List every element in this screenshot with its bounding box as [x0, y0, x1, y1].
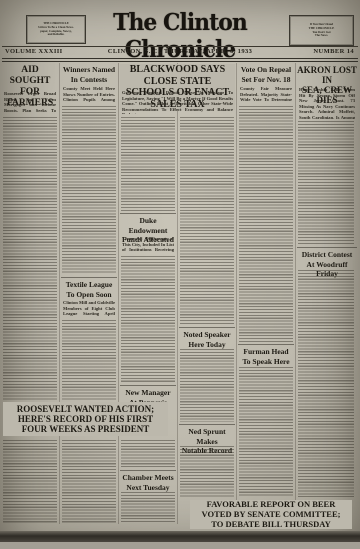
- subhead-textile-league: Clinton Mill and Goldville Members of Ei…: [63, 300, 115, 317]
- newspaper-page: THE CHRONICLE Strives To Be a Clean News…: [0, 0, 360, 549]
- subhead-winners: County Meet Held Here Shows Number of En…: [63, 86, 115, 103]
- body-text-column: [121, 492, 175, 524]
- column-separator: [59, 63, 60, 524]
- headline-roosevelt-record: ROOSEVELT WANTED ACTION; HERE'S RECORD O…: [3, 402, 168, 436]
- body-text-column: [121, 117, 175, 211]
- body-text-column: [3, 117, 57, 400]
- masthead-right-box: If You Don't Read THE CHRONICLE You Don'…: [289, 15, 354, 46]
- body-text-column: [62, 106, 116, 274]
- body-text-column: [62, 320, 116, 400]
- subhead-duke-endowment: Thornwell Orphanage of This City, Includ…: [122, 236, 174, 253]
- subhead-blackwood: Governor Suggests Drastic Move In Messag…: [122, 90, 233, 114]
- headline-textile-league: Textile League To Open Soon: [61, 277, 117, 299]
- column-separator: [177, 63, 178, 524]
- headline-winners: Winners Named In Contests: [61, 65, 117, 84]
- body-text-column: [121, 256, 175, 383]
- page-bottom-edge: [0, 531, 360, 542]
- masthead-left-box: THE CHRONICLE Strives To Be a Clean News…: [26, 15, 86, 44]
- body-text-column: [3, 440, 57, 524]
- body-text-column: [239, 367, 293, 497]
- body-text-column: [298, 270, 354, 497]
- body-text-column: [239, 106, 293, 342]
- dateline: CLINTON, S. C., THURSDAY, APRIL 6, 1933: [0, 48, 360, 55]
- body-text-column: [180, 117, 234, 325]
- headline-beer-report: FAVORABLE REPORT ON BEER VOTED BY SENATE…: [190, 500, 352, 529]
- subhead-vote-repeal: County Fair Measure Defeated. Majority S…: [240, 86, 292, 103]
- subhead-akron-lost: Huge Airship Falls When Hit By Severe St…: [299, 87, 355, 119]
- column-separator: [236, 63, 237, 524]
- body-text-column: [180, 349, 234, 422]
- body-text-column: [180, 446, 234, 497]
- headline-furman-head: Furman Head To Speak Here: [238, 344, 294, 366]
- body-text-column: [62, 440, 116, 524]
- newspaper-title: The Clinton Chronicle: [89, 9, 271, 47]
- subhead-aid-sought: Roosevelt Urges Broad Relief for Farm Mo…: [4, 91, 56, 114]
- headline-vote-repeal: Vote On Repeal Set For Nov. 18: [238, 65, 294, 84]
- masthead-right-box-text: If You Don't Read THE CHRONICLE You Don'…: [309, 23, 335, 38]
- issue-number-label: NUMBER 14: [313, 48, 354, 55]
- body-text-column: [121, 440, 175, 468]
- column-separator: [118, 63, 119, 524]
- headline-chamber-meets: Chamber Meets Next Tuesday: [120, 470, 176, 492]
- body-text-column: [298, 121, 354, 245]
- column-separator: [295, 63, 296, 524]
- masthead-left-box-text: THE CHRONICLE Strives To Be a Clean News…: [38, 22, 74, 37]
- double-rule: [2, 58, 358, 62]
- masthead-rule: [2, 46, 358, 47]
- headline-noted-speaker: Noted Speaker Here Today: [179, 327, 235, 349]
- scan-background: [0, 542, 360, 549]
